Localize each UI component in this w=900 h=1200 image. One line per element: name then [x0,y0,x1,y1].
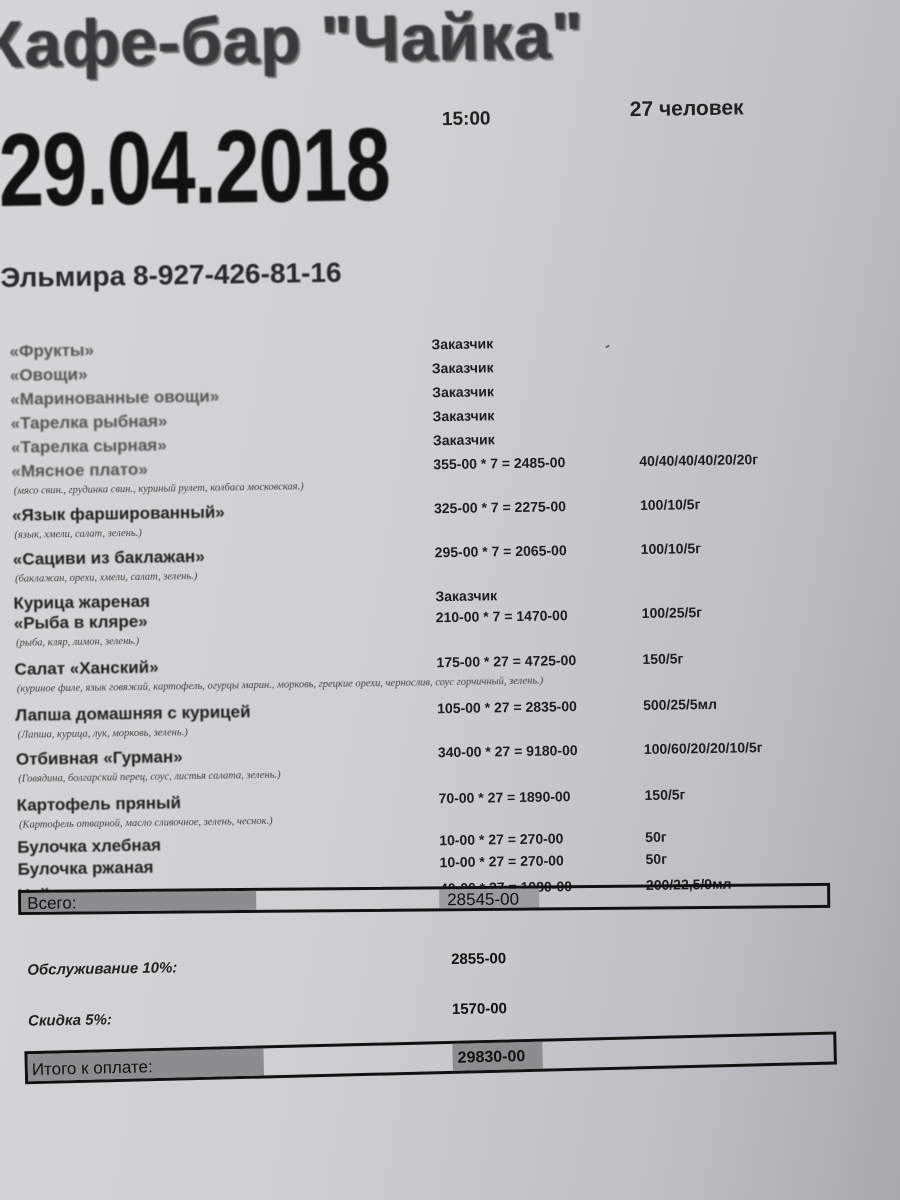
receipt-page: Кафе-бар "Чайка" 29.04.2018 15:00 27 чел… [0,0,900,1200]
menu-item-price-calc: 10-00 * 27 = 270-00 [439,830,563,848]
menu-item-row: «Язык фаршированный»325-00 * 7 = 2275-00… [8,492,900,528]
menu-item-row: Отбивная «Гурман»340-00 * 27 = 9180-0010… [12,736,900,772]
service-charge-value: 2855-00 [451,950,506,968]
total-payable-row: Итого к оплате: 29830-00 [24,1031,837,1084]
menu-item-row: Лапша домашняя с курицей105-00 * 27 = 28… [11,692,900,728]
menu-item-weight: 40/40/40/40/20/20г [639,451,758,469]
menu-item-weight: 100/60/20/20/10/5г [644,739,763,757]
menu-item-weight: 150/5г [642,650,683,667]
menu-item-name: Курица жареная [13,592,150,614]
menu-item-name: «Фрукты» [9,341,94,362]
total-payable-value: 29830-00 [457,1048,525,1068]
menu-item-price-calc: 325-00 * 7 = 2275-00 [434,498,566,516]
menu-item-price-calc: 105-00 * 27 = 2835-00 [437,698,577,716]
menu-item-description: (мясо свин., грудинка свин., куриный рул… [14,481,304,497]
menu-item-description: (рыба, кляр, лимон, зелень.) [16,636,139,649]
subtotal-label: Всего: [27,893,76,913]
menu-item-price-calc: 295-00 * 7 = 2065-00 [435,542,567,560]
menu-item-name: Булочка ржаная [18,858,154,880]
menu-item-description: (Говядина, болгарский перец, соус, листь… [18,770,280,785]
event-time: 15:00 [442,108,491,131]
menu-item-name: «Сациви из баклажан» [13,547,205,570]
menu-item-price-calc: Заказчик [431,335,493,352]
menu-item-price-calc: Заказчик [432,359,494,376]
menu-item-name: «Мясное плато» [11,460,148,482]
menu-item-row: «Сациви из баклажан»295-00 * 7 = 2065-00… [9,536,900,572]
menu-item-description: (язык, хмели, салат, зелень.) [14,528,142,541]
menu-item-weight: 100/10/5г [641,540,702,557]
menu-item-name: «Тарелка сырная» [11,435,167,457]
discount-label: Скидка 5%: [28,1011,112,1029]
menu-item-weight: 500/25/5мл [643,696,717,713]
subtotal-value: 28545-00 [447,890,519,911]
menu-item-price-calc: Заказчик [432,407,494,424]
menu-list: «Фрукты»Заказчик«Овощи»Заказчик«Маринова… [5,316,900,330]
menu-item-row: Картофель пряный70-00 * 27 = 1890-00150/… [13,782,900,818]
menu-item-price-calc: Заказчик [433,431,495,448]
menu-item-name: Булочка хлебная [17,836,161,858]
menu-item-name: «Рыба в кляре» [14,612,148,634]
menu-item-row: Салат «Ханский»175-00 * 27 = 4725-00150/… [10,646,900,682]
menu-item-name: Картофель пряный [17,793,182,816]
menu-item-name: «Овощи» [10,365,88,386]
service-charge-label: Обслуживание 10%: [27,959,177,978]
menu-item-price-calc: Заказчик [435,587,497,604]
menu-item-price-calc: 175-00 * 27 = 4725-00 [436,652,576,670]
menu-item-weight: 150/5г [644,786,685,803]
menu-item-price-calc: 210-00 * 7 = 1470-00 [436,607,568,625]
venue-title: Кафе-бар "Чайка" [0,0,585,82]
menu-item-weight: 100/25/5г [642,604,703,621]
menu-item-price-calc: 340-00 * 27 = 9180-00 [438,742,578,760]
menu-item-name: «Маринованные овощи» [10,387,219,410]
contact-info: Эльмира 8-927-426-81-16 [0,257,342,294]
discount-value: 1570-00 [452,1000,507,1018]
menu-item-name: Салат «Ханский» [14,658,158,680]
menu-item-weight: 100/10/5г [640,496,701,513]
menu-item-name: Отбивная «Гурман» [16,747,183,770]
menu-item-name: «Язык фаршированный» [12,503,225,526]
menu-item-description: (баклажан, орехи, хмели, салат, зелень.) [15,571,197,585]
menu-item-name: Лапша домашняя с курицей [15,702,251,726]
menu-item-price-calc: 355-00 * 7 = 2485-00 [433,454,565,472]
menu-item-price-calc: Заказчик [432,383,494,400]
menu-item-price-calc: 10-00 * 27 = 270-00 [439,852,563,870]
menu-item-description: (Картофель отварной, масло сливочное, зе… [19,816,273,831]
guest-count: 27 человек [630,96,744,122]
menu-item-name: «Тарелка рыбная» [11,411,168,433]
menu-item-weight: 50г [645,851,667,867]
menu-item-price-calc: 70-00 * 27 = 1890-00 [438,788,570,806]
menu-item-description: (Лапша, курица, лук, морковь, зелень.) [17,727,187,741]
total-payable-label: Итого к оплате: [32,1057,153,1080]
menu-item-weight: 50г [645,829,667,845]
event-date: 29.04.2018 [0,106,390,231]
